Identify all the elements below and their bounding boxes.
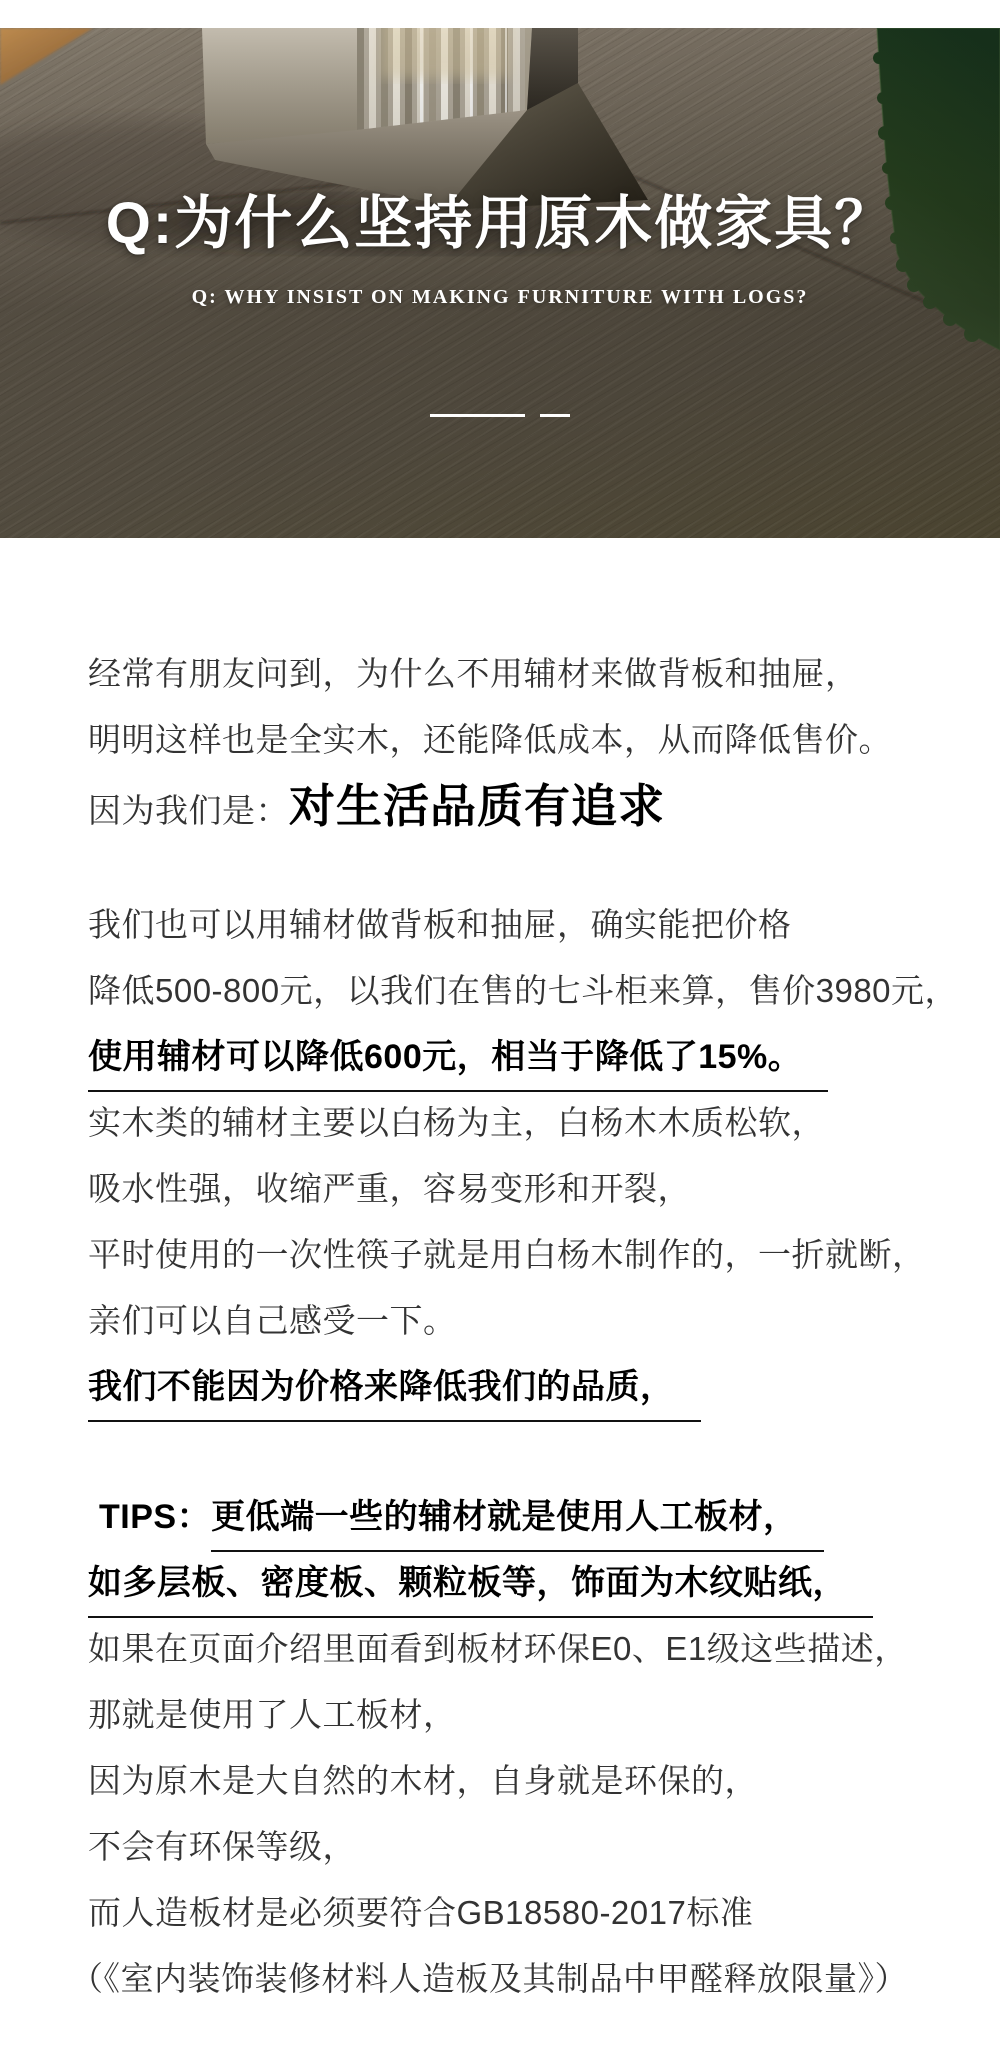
text-line: 平时使用的一次性筷子就是用白杨木制作的，一折就断，	[88, 1222, 1000, 1288]
body-text-segment: 平时使用的一次性筷子就是用白杨木制作的，一折就断，	[88, 1236, 926, 1273]
text-line: 实木类的辅材主要以白杨为主，白杨木木质松软，	[88, 1090, 1000, 1156]
text-line: 使用辅材可以降低600元，相当于降低了15%。	[88, 1024, 1000, 1090]
paragraph-3: TIPS：更低端一些的辅材就是使用人工板材，如多层板、密度板、颗粒板等，饰面为木…	[88, 1484, 1000, 2012]
text-line: 降低500-800元，以我们在售的七斗柜来算，售价3980元，	[88, 958, 1000, 1024]
body-text-segment: 明明这样也是全实木，还能降低成本，从而降低售价。	[88, 721, 892, 758]
text-line: 如果在页面介绍里面看到板材环保E0、E1级这些描述，	[88, 1616, 1000, 1682]
underlined-emphasis-text: 如多层板、密度板、颗粒板等，饰面为木纹贴纸，	[88, 1550, 873, 1618]
decorative-dashes	[0, 414, 1000, 417]
text-line: 明明这样也是全实木，还能降低成本，从而降低售价。	[88, 707, 1000, 773]
text-line: 我们不能因为价格来降低我们的品质，	[88, 1354, 1000, 1420]
text-line: 吸水性强，收缩严重，容易变形和开裂，	[88, 1156, 1000, 1222]
hero-subtitle: Q: WHY INSIST ON MAKING FURNITURE WITH L…	[0, 286, 1000, 309]
emphasis-text: TIPS：	[99, 1498, 211, 1536]
body-text-segment: 如果在页面介绍里面看到板材环保E0、E1级这些描述，	[88, 1630, 908, 1667]
text-line: 因为我们是：对生活品质有追求	[88, 773, 1000, 839]
hero-title: Q:为什么坚持用原木做家具？	[0, 194, 1000, 255]
hero-photo: Q:为什么坚持用原木做家具？ Q: WHY INSIST ON MAKING F…	[0, 28, 1000, 538]
text-line: 而人造板材是必须要符合GB18580-2017标准	[88, 1880, 1000, 1946]
body-text-segment: 经常有朋友问到，为什么不用辅材来做背板和抽屉，	[88, 655, 859, 692]
text-line: （《室内装饰装修材料人造板及其制品中甲醛释放限量》）	[70, 1946, 1000, 2012]
paragraph-1: 经常有朋友问到，为什么不用辅材来做背板和抽屉，明明这样也是全实木，还能降低成本，…	[88, 641, 1000, 839]
underlined-emphasis-text: 更低端一些的辅材就是使用人工板材，	[211, 1484, 824, 1552]
body-text-segment: 亲们可以自己感受一下。	[88, 1302, 457, 1339]
body-text-segment: 降低500-800元，以我们在售的七斗柜来算，售价3980元，	[88, 972, 958, 1009]
body-text: 经常有朋友问到，为什么不用辅材来做背板和抽屉，明明这样也是全实木，还能降低成本，…	[0, 538, 1000, 2012]
body-text-segment: 而人造板材是必须要符合GB18580-2017标准	[88, 1894, 753, 1931]
body-text-segment: 因为我们是：	[88, 792, 289, 829]
emphasis-text: 对生活品质有追求	[289, 780, 665, 832]
short-dash	[540, 414, 570, 417]
text-line: 经常有朋友问到，为什么不用辅材来做背板和抽屉，	[88, 641, 1000, 707]
body-text-segment: 实木类的辅材主要以白杨为主，白杨木木质松软，	[88, 1104, 825, 1141]
text-line: 我们也可以用辅材做背板和抽屉，确实能把价格	[88, 892, 1000, 958]
top-white-strip	[0, 0, 1000, 28]
body-text-segment: 不会有环保等级，	[88, 1828, 356, 1865]
photo-darkening-overlay	[0, 28, 1000, 538]
underlined-emphasis-text: 我们不能因为价格来降低我们的品质，	[88, 1354, 701, 1422]
product-detail-page: Q:为什么坚持用原木做家具？ Q: WHY INSIST ON MAKING F…	[0, 0, 1000, 2066]
body-text-segment: 吸水性强，收缩严重，容易变形和开裂，	[88, 1170, 691, 1207]
body-text-segment: 因为原木是大自然的木材，自身就是环保的，	[88, 1762, 758, 1799]
underlined-emphasis-text: 使用辅材可以降低600元，相当于降低了15%。	[88, 1024, 828, 1092]
body-text-segment: 我们也可以用辅材做背板和抽屉，确实能把价格	[88, 906, 792, 943]
text-line: 那就是使用了人工板材，	[88, 1682, 1000, 1748]
text-line: 亲们可以自己感受一下。	[88, 1288, 1000, 1354]
text-line: 如多层板、密度板、颗粒板等，饰面为木纹贴纸，	[88, 1550, 1000, 1616]
text-line: TIPS：更低端一些的辅材就是使用人工板材，	[99, 1484, 1000, 1550]
body-text-segment: （《室内装饰装修材料人造板及其制品中甲醛释放限量》）	[70, 1960, 908, 1997]
long-dash	[430, 414, 525, 417]
paragraph-2: 我们也可以用辅材做背板和抽屉，确实能把价格降低500-800元，以我们在售的七斗…	[88, 892, 1000, 1420]
text-line: 不会有环保等级，	[88, 1814, 1000, 1880]
body-text-segment: 那就是使用了人工板材，	[88, 1696, 457, 1733]
text-line: 因为原木是大自然的木材，自身就是环保的，	[88, 1748, 1000, 1814]
